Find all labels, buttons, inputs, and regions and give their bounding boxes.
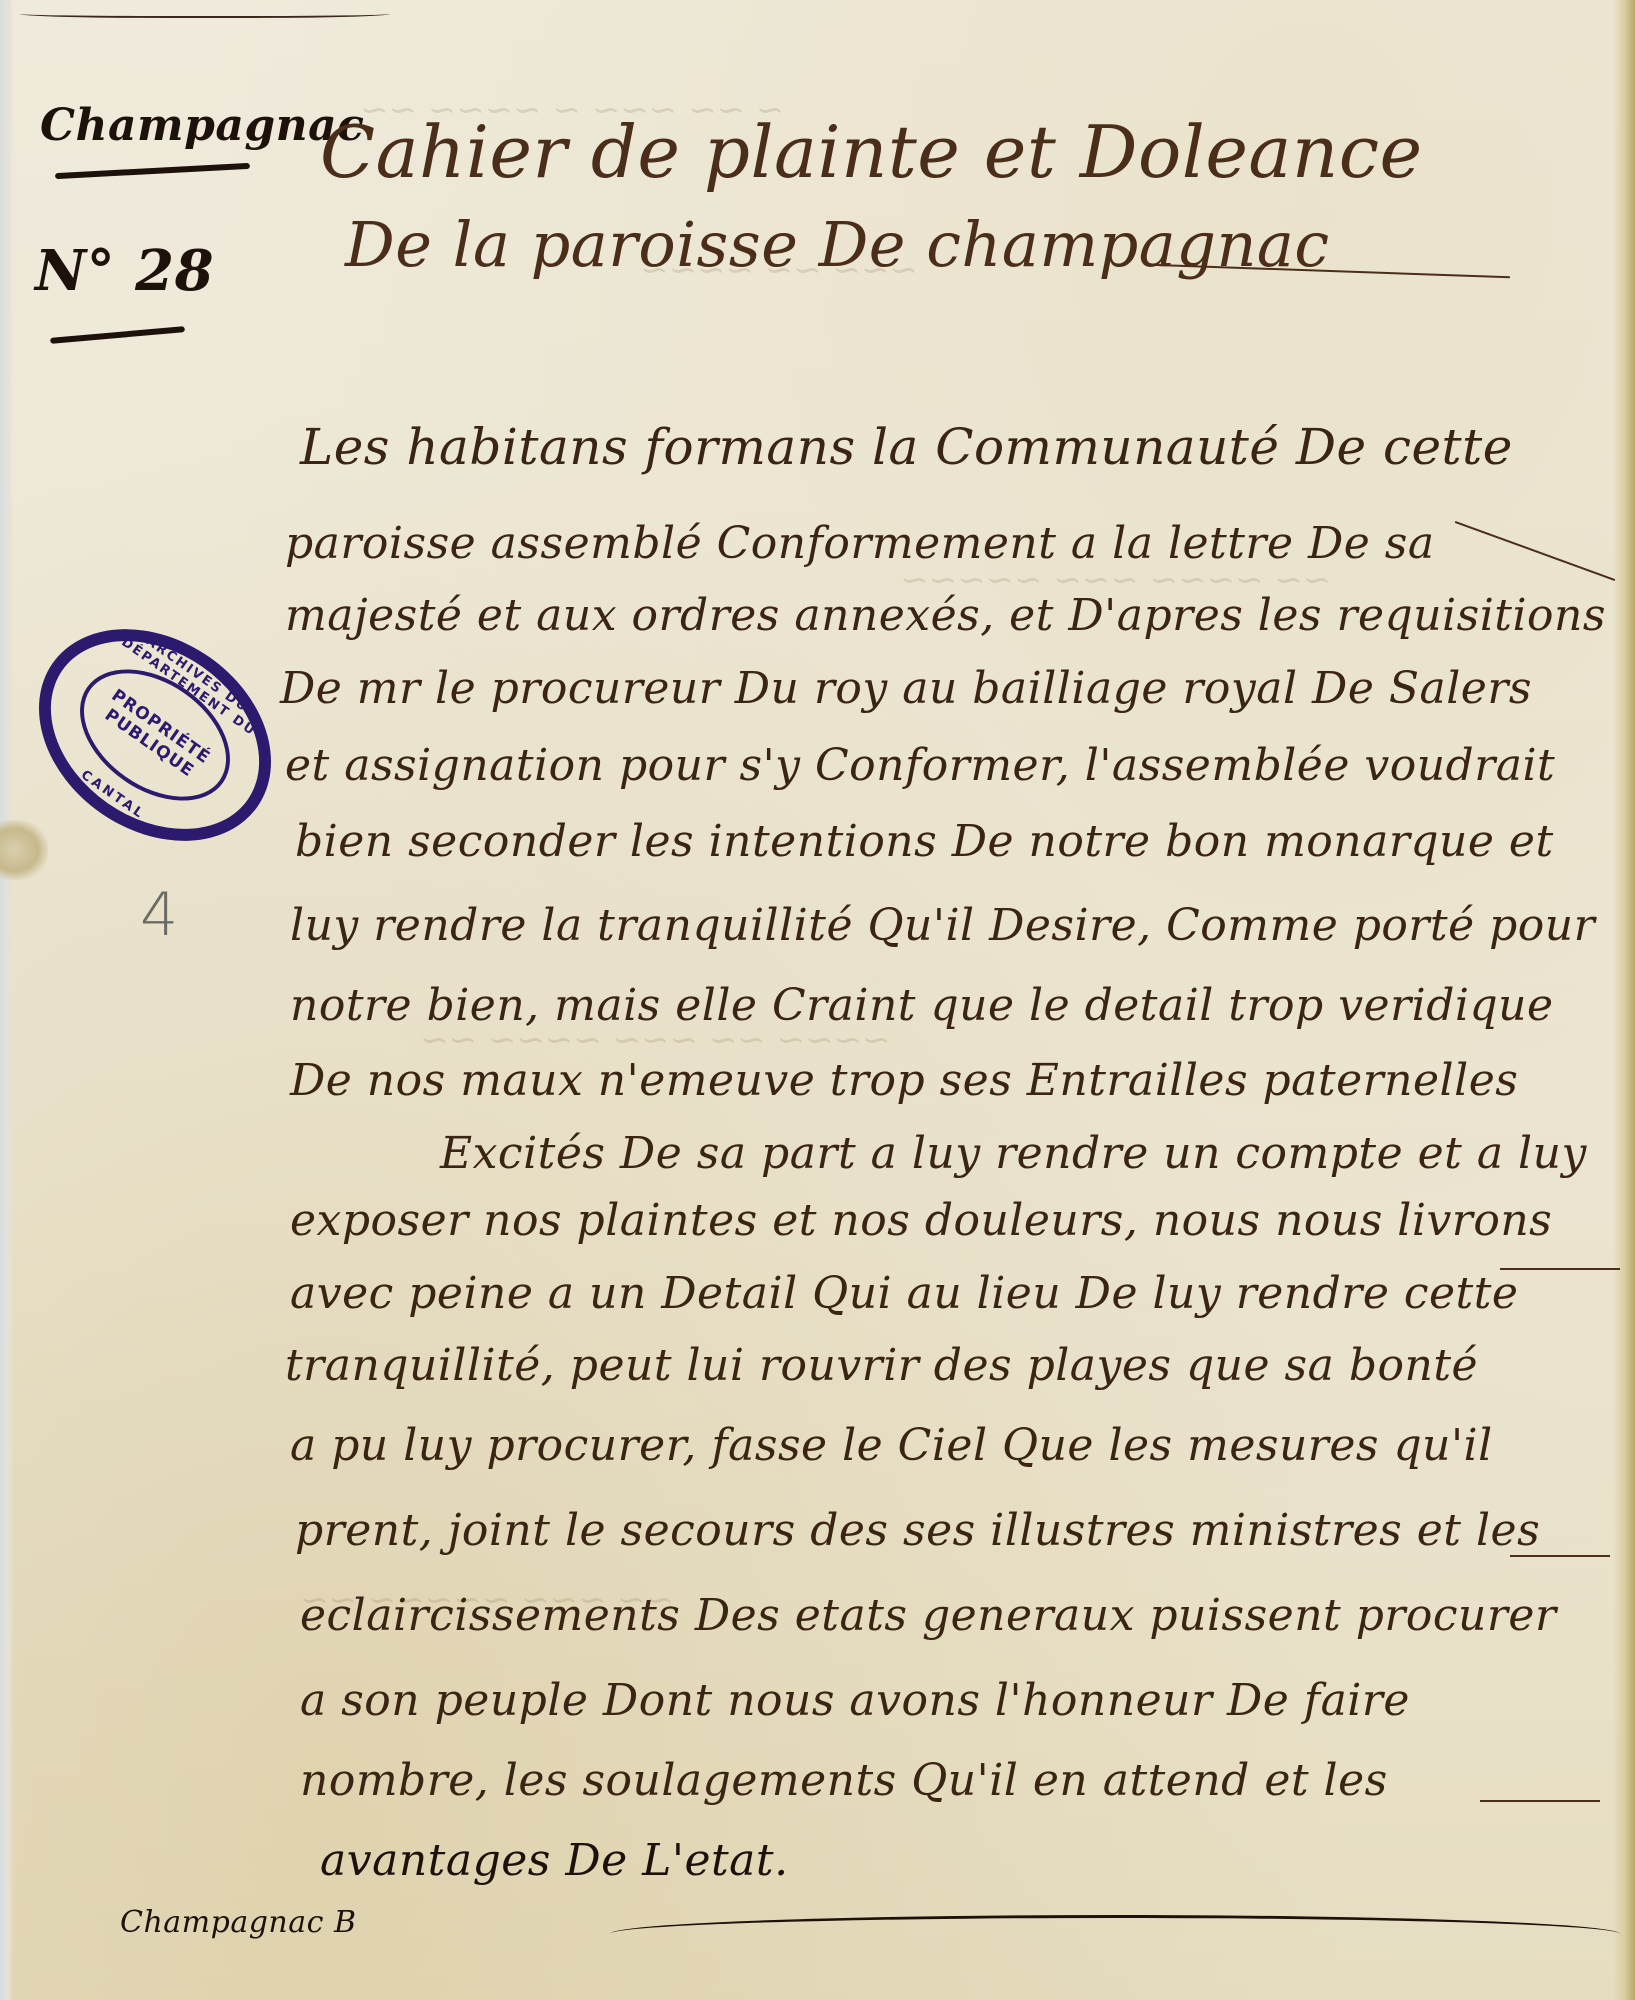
page-right-edge — [1613, 0, 1635, 2000]
body-line-4: De mr le procureur Du roy au bailliage r… — [280, 663, 1532, 714]
document-title-line-2: De la paroisse De champagnac — [345, 208, 1330, 281]
margin-underline — [55, 163, 250, 179]
line-end-flourish — [1480, 1800, 1600, 1802]
top-border-rule — [20, 8, 390, 18]
body-line-3: majesté et aux ordres annexés, et D'apre… — [285, 590, 1606, 641]
margin-number: N° 28 — [35, 238, 214, 304]
margin-number-underline — [50, 326, 185, 344]
line-end-flourish — [1510, 1555, 1610, 1557]
document-title-line-1: Cahier de plainte et Doleance — [320, 110, 1423, 194]
body-line-16: eclaircissements Des etats generaux puis… — [300, 1590, 1556, 1641]
body-line-8: notre bien, mais elle Craint que le deta… — [290, 980, 1554, 1031]
manuscript-page: ~ ~~ ~~~ ~ ~~~~ ~~ ~~~ ~~ ~~~~ ~~ ~~~~ ~… — [0, 0, 1635, 2000]
binding-thread — [0, 820, 48, 880]
body-line-14: a pu luy procurer, fasse le Ciel Que les… — [290, 1420, 1493, 1471]
body-line-5: et assignation pour s'y Conformer, l'ass… — [285, 740, 1555, 791]
body-line-12: avec peine a un Detail Qui au lieu De lu… — [290, 1268, 1518, 1319]
body-line-19: avantages De L'etat. — [320, 1835, 789, 1886]
body-line-7: luy rendre la tranquillité Qu'il Desire,… — [290, 900, 1595, 951]
body-line-13: tranquillité, peut lui rouvrir des playe… — [285, 1340, 1478, 1391]
margin-parish-name: Champagnac — [40, 100, 364, 151]
body-line-17: a son peuple Dont nous avons l'honneur D… — [300, 1675, 1410, 1726]
body-line-9: De nos maux n'emeuve trop ses Entrailles… — [290, 1055, 1518, 1106]
page-left-edge — [0, 0, 14, 2000]
body-line-11: exposer nos plaintes et nos douleurs, no… — [290, 1195, 1552, 1246]
body-line-1: Les habitans formans la Communauté De ce… — [300, 418, 1513, 476]
body-line-10: Excités De sa part a luy rendre un compt… — [440, 1128, 1587, 1179]
body-line-6: bien seconder les intentions De notre bo… — [295, 816, 1554, 867]
line-end-flourish — [1455, 521, 1615, 581]
body-line-18: nombre, les soulagements Qu'il en attend… — [300, 1755, 1388, 1806]
body-line-15: prent, joint le secours des ses illustre… — [295, 1505, 1540, 1556]
signature: Champagnac B — [120, 1905, 357, 1940]
closing-rule — [610, 1915, 1620, 1934]
body-line-2: paroisse assemblé Conformement a la lett… — [285, 518, 1435, 569]
pencil-folio-number: 4 — [140, 880, 178, 950]
